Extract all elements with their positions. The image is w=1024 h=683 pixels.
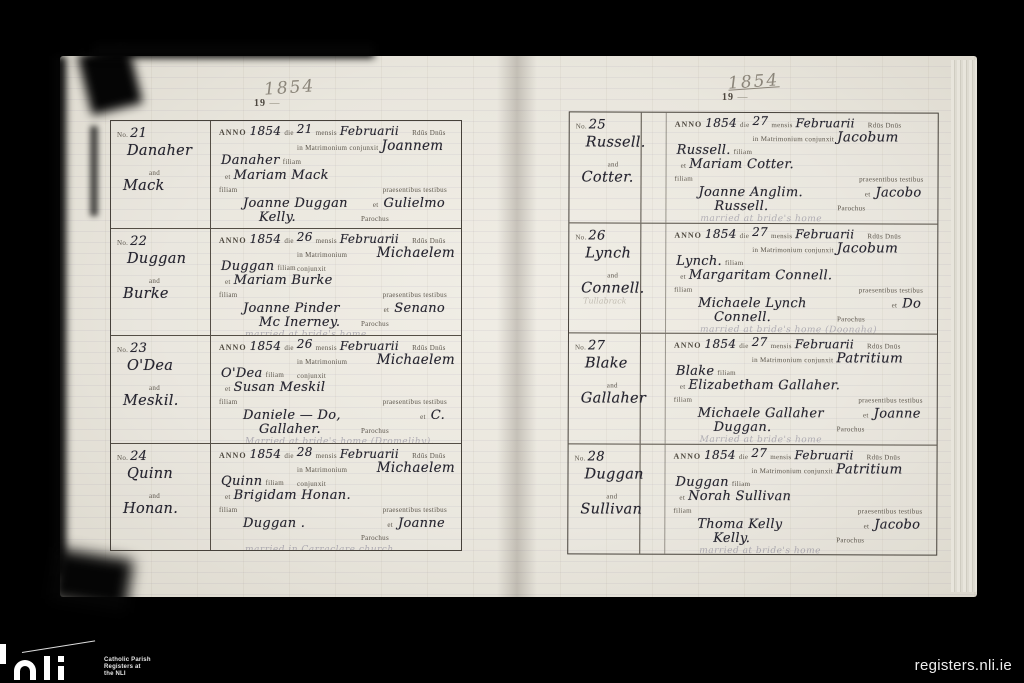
- bride-surname-margin: Meskil.: [111, 393, 210, 409]
- filiam-label: filiam: [674, 282, 693, 296]
- bride-surname-margin: Gallaher: [569, 390, 640, 406]
- bride-name: Mariam Burke: [234, 274, 333, 288]
- margin-note: [111, 159, 210, 168]
- groom-surname: Duggan: [675, 475, 728, 489]
- register-entry: No. 23 O'Dea and Meskil. Anno 1854 die: [111, 336, 461, 444]
- bride-surname-margin: Mack: [111, 178, 210, 194]
- bride-name: Mariam Cotter.: [689, 158, 794, 172]
- no-label: No.: [117, 131, 128, 139]
- et-label: et: [225, 490, 231, 504]
- margin-note: [111, 267, 210, 276]
- bride-surname-margin: Burke: [111, 286, 210, 302]
- witness-line-1: Michaele Lynch: [698, 296, 807, 310]
- and-label: and: [568, 492, 639, 500]
- and-label: and: [570, 160, 641, 168]
- and-label: and: [111, 277, 210, 285]
- register-entry: No. 21 Danaher and Mack Anno 1854 die: [111, 121, 461, 229]
- groom-first-name: Jacobum: [837, 130, 898, 144]
- parochus-label: Parochus: [837, 201, 865, 215]
- testibus-label: praesentibus testibus: [383, 395, 455, 409]
- groom-surname-margin: O'Dea: [111, 358, 210, 374]
- scan-artifact: [90, 126, 98, 216]
- month-handwritten: Februarii: [795, 337, 854, 351]
- blank-column: [640, 444, 665, 554]
- et-label: et: [679, 490, 685, 504]
- groom-surname: Russell.: [677, 144, 731, 158]
- year-handwritten: 1854: [705, 226, 737, 240]
- testibus-label: praesentibus testibus: [859, 172, 931, 186]
- month-handwritten: Februarii: [795, 227, 854, 241]
- day-handwritten: 27: [752, 335, 768, 349]
- witness-2: Gulielmo: [384, 197, 445, 211]
- et-label: et: [863, 408, 869, 422]
- et-label: et: [892, 298, 898, 312]
- et-label: et: [865, 187, 871, 201]
- bride-name: Brigidam Honan.: [234, 489, 351, 503]
- witness-line-2: Duggan.: [714, 421, 772, 435]
- day-handwritten: 27: [752, 224, 768, 238]
- and-label: and: [569, 271, 640, 279]
- parochus-label: Parochus: [361, 317, 389, 331]
- register-spread: 1854 19 — 1854 19 — No. 21 Danaher and M…: [60, 56, 977, 597]
- entry-record-column: Anno 1854 die 28 mensis Februarii Rdūs D…: [211, 444, 461, 551]
- register-entry: No. 28 Duggan and Sullivan Anno 1854 die: [568, 444, 936, 555]
- entry-record-column: Anno 1854 die 26 mensis Februarii Rdūs D…: [211, 229, 461, 336]
- groom-surname: Lynch.: [676, 254, 722, 268]
- register-entry: No. 25 Russell. and Cotter. Anno 1854 di…: [569, 112, 937, 224]
- bride-surname-margin: Honan.: [111, 501, 210, 517]
- witness-2: Senano: [394, 302, 445, 316]
- month-handwritten: Februarii: [340, 124, 399, 138]
- register-entry: No. 27 Blake and Gallaher Anno 1854 die: [569, 333, 937, 445]
- entry-record-column: Anno 1854 die 27 mensis Februarii Rdūs D…: [665, 444, 936, 554]
- testibus-label: praesentibus testibus: [383, 503, 455, 517]
- entry-number: 26: [588, 228, 605, 243]
- witness-2: Joanne: [398, 517, 445, 531]
- groom-surname-margin: Duggan: [111, 251, 210, 267]
- conjunxit-label: in Matrimonium conjunxit: [297, 141, 378, 155]
- register-table-left: No. 21 Danaher and Mack Anno 1854 die: [110, 120, 462, 551]
- no-label: No.: [576, 122, 587, 130]
- margin-note: [111, 194, 210, 203]
- et-label: et: [681, 159, 687, 173]
- parochus-label: Parochus: [837, 312, 865, 326]
- filiam-label: filiam: [219, 395, 238, 409]
- entry-name-column: No. 22 Duggan and Burke: [111, 229, 211, 336]
- nli-caption-line: Registers at: [104, 664, 151, 671]
- groom-surname-margin: Russell.: [570, 134, 641, 150]
- blank-column: [641, 334, 666, 444]
- scan-artifact: [48, 548, 133, 612]
- filiam-label: filiam: [219, 503, 238, 517]
- filiam-label: filiam: [675, 172, 694, 186]
- witness-line-1: Joanne Pinder: [243, 302, 340, 316]
- margin-note: [568, 482, 639, 491]
- year-handwritten: 1854: [250, 339, 282, 353]
- parochus-label: Parochus: [837, 422, 865, 436]
- entry-name-column: No. 21 Danaher and Mack: [111, 121, 211, 228]
- margin-note: [569, 371, 640, 380]
- day-handwritten: 28: [297, 445, 313, 459]
- entry-name-column: No. 24 Quinn and Honan.: [111, 444, 211, 551]
- groom-first-name: Michaelem: [377, 461, 455, 475]
- witness-2: Do: [902, 297, 921, 311]
- parochus-label: Parochus: [361, 531, 389, 545]
- filiam-label: filiam: [674, 393, 693, 407]
- handwritten-year-right: 1854: [727, 70, 780, 94]
- margin-note: Tullabrack: [569, 296, 640, 305]
- margin-note: [568, 517, 639, 526]
- groom-surname-margin: Lynch: [569, 245, 640, 261]
- groom-surname: Danaher: [221, 154, 280, 168]
- margin-note: [569, 185, 640, 194]
- groom-first-name: Michaelem: [377, 246, 455, 260]
- witness-line-2: Russell.: [714, 200, 768, 214]
- testibus-label: praesentibus testibus: [383, 288, 455, 302]
- anno-label: Anno: [219, 126, 247, 140]
- and-label: and: [111, 384, 210, 392]
- year-handwritten: 1854: [705, 337, 737, 351]
- groom-first-name: Jacobum: [837, 241, 898, 255]
- nli-logo-icon: [14, 656, 80, 680]
- month-handwritten: Februarii: [796, 116, 855, 130]
- bride-name: Mariam Mack: [234, 169, 329, 183]
- nli-caption-line: the NLI: [104, 671, 151, 678]
- et-label: et: [680, 380, 686, 394]
- month-handwritten: Februarii: [340, 447, 399, 461]
- witness-line-2: Kelly.: [713, 531, 750, 545]
- margin-note: [569, 406, 640, 415]
- margin-note: [569, 261, 640, 270]
- site-url: registers.nli.ie: [915, 657, 1012, 674]
- et-label: et: [373, 198, 379, 212]
- nli-caption: Catholic Parish Registers at the NLI: [104, 657, 151, 678]
- margin-note: [111, 409, 210, 418]
- witness-line-1: Thoma Kelly: [697, 517, 782, 531]
- nli-logo-letter-n: [14, 660, 36, 680]
- entry-number: 25: [589, 117, 606, 132]
- groom-first-name: Joannem: [381, 139, 443, 153]
- witness-2: Joanne: [874, 407, 921, 421]
- et-label: et: [225, 275, 231, 289]
- bride-name: Susan Meskil: [234, 381, 326, 395]
- day-handwritten: 27: [752, 114, 768, 128]
- scan-edge-mark: [0, 644, 6, 664]
- day-handwritten: 26: [297, 337, 313, 351]
- entry-name-column: No. 25 Russell. and Cotter.: [569, 112, 641, 222]
- entry-number: 27: [588, 338, 605, 353]
- groom-first-name: Patritium: [836, 351, 903, 365]
- marriage-place-note: married in Carraclare church: [219, 545, 455, 551]
- filiam-label: filiam: [219, 183, 238, 197]
- page-edge-stack: [951, 60, 977, 592]
- bride-surname-margin: Sullivan: [568, 501, 639, 517]
- register-entry: No. 24 Quinn and Honan. Anno 1854 die: [111, 444, 461, 551]
- entry-record-column: Anno 1854 die 21 mensis Februarii Rdūs D…: [211, 121, 461, 228]
- book-gutter-shadow: [497, 56, 537, 597]
- bride-name: Margaritam Connell.: [689, 268, 833, 283]
- handwritten-year-left: 1854: [263, 76, 316, 100]
- entry-number: 22: [130, 234, 147, 249]
- et-label: et: [680, 269, 686, 283]
- mensis-label: mensis: [316, 126, 337, 140]
- parochus-label: Parochus: [361, 212, 389, 226]
- witness-line-1: Duggan .: [243, 517, 305, 531]
- et-label: et: [387, 518, 393, 532]
- entry-record-column: Anno 1854 die 27 mensis Februarii Rdūs D…: [666, 113, 937, 223]
- blank-column: [641, 113, 666, 223]
- groom-surname-margin: Duggan: [568, 466, 639, 482]
- and-label: and: [111, 169, 210, 177]
- witness-line-1: Joanne Duggan: [243, 197, 348, 211]
- margin-note: [111, 482, 210, 491]
- groom-surname: Quinn: [221, 475, 262, 489]
- entry-record-column: Anno 1854 die 26 mensis Februarii Rdūs D…: [211, 336, 461, 443]
- day-handwritten: 21: [297, 122, 313, 136]
- nli-logo-letter-l: [44, 656, 50, 680]
- testibus-label: praesentibus testibus: [858, 393, 930, 407]
- witness-line-2: Gallaher.: [259, 423, 321, 437]
- entry-number: 24: [130, 449, 147, 464]
- entry-name-column: No. 27 Blake and Gallaher: [569, 333, 641, 443]
- parochus-label: Parochus: [836, 533, 864, 547]
- and-label: and: [111, 492, 210, 500]
- filiam-label: filiam: [673, 503, 692, 517]
- entry-number: 23: [130, 341, 147, 356]
- groom-surname-margin: Quinn: [111, 466, 210, 482]
- groom-first-name: Patritium: [836, 462, 903, 476]
- page-number-left: 19 —: [254, 98, 281, 109]
- filiam-label: filiam: [219, 288, 238, 302]
- witness-line-2: Kelly.: [259, 211, 296, 225]
- scan-artifact-line: [22, 640, 95, 653]
- register-entry: No. 22 Duggan and Burke Anno 1854 die: [111, 229, 461, 337]
- day-handwritten: 26: [297, 230, 313, 244]
- witness-2: C.: [431, 409, 445, 423]
- year-handwritten: 1854: [250, 232, 282, 246]
- page-number-right: 19 —: [722, 92, 749, 103]
- entry-number: 21: [130, 126, 147, 141]
- no-label: No.: [117, 239, 128, 247]
- groom-surname: Blake: [676, 365, 715, 379]
- scan-artifact: [94, 44, 374, 58]
- et-label: et: [864, 519, 870, 533]
- entry-name-column: No. 26 Lynch and Connell. Tullabrack: [569, 223, 641, 333]
- year-handwritten: 1854: [705, 116, 737, 130]
- entry-name-column: No. 28 Duggan and Sullivan: [568, 444, 640, 554]
- witness-2: Jacobo: [875, 186, 921, 200]
- die-label: die: [284, 126, 293, 140]
- marriage-place-note: married at bride's home: [673, 545, 930, 554]
- testibus-label: praesentibus testibus: [859, 283, 931, 297]
- witness-2: Jacobo: [874, 518, 920, 532]
- nli-logo-letter-i: [58, 666, 64, 680]
- month-handwritten: Februarii: [794, 448, 853, 462]
- no-label: No.: [117, 346, 128, 354]
- groom-surname-margin: Danaher: [111, 143, 210, 159]
- nli-logo-letter-i-dot: [58, 656, 64, 662]
- et-label: et: [225, 382, 231, 396]
- margin-note: [111, 374, 210, 383]
- et-label: et: [225, 170, 231, 184]
- et-label: et: [384, 303, 390, 317]
- no-label: No.: [117, 454, 128, 462]
- day-handwritten: 27: [751, 445, 767, 459]
- scan-artifact: [54, 56, 66, 576]
- scan-viewer: 1854 19 — 1854 19 — No. 21 Danaher and M…: [0, 0, 1024, 683]
- register-entry: No. 26 Lynch and Connell. Tullabrack Ann…: [569, 223, 937, 335]
- groom-surname-margin: Blake: [569, 355, 640, 371]
- bride-surname-margin: Cotter.: [570, 169, 641, 185]
- bride-surname-margin: Connell.: [569, 280, 640, 296]
- month-handwritten: Februarii: [340, 339, 399, 353]
- groom-surname: Duggan: [221, 260, 274, 274]
- groom-first-name: Michaelem: [377, 353, 455, 367]
- witness-line-1: Daniele — Do,: [243, 409, 341, 423]
- and-label: and: [569, 381, 640, 389]
- margin-note: [111, 302, 210, 311]
- margin-note: [570, 150, 641, 159]
- year-handwritten: 1854: [704, 447, 736, 461]
- nli-caption-line: Catholic Parish: [104, 657, 151, 664]
- entry-number: 28: [588, 449, 605, 464]
- et-label: et: [420, 410, 426, 424]
- no-label: No.: [575, 343, 586, 351]
- parochus-label: Parochus: [361, 424, 389, 438]
- entry-record-column: Anno 1854 die 27 mensis Februarii Rdūs D…: [666, 223, 937, 333]
- month-handwritten: Februarii: [340, 232, 399, 246]
- entry-record-column: Anno 1854 die 27 mensis Februarii Rdūs D…: [666, 334, 937, 444]
- no-label: No.: [575, 454, 586, 462]
- entry-name-column: No. 23 O'Dea and Meskil.: [111, 336, 211, 443]
- register-table-right: No. 25 Russell. and Cotter. Anno 1854 di…: [567, 111, 939, 555]
- year-handwritten: 1854: [250, 124, 282, 138]
- bride-name: Elizabetham Gallaher.: [688, 379, 840, 394]
- testibus-label: praesentibus testibus: [858, 504, 930, 518]
- no-label: No.: [575, 233, 586, 241]
- blank-column: [641, 223, 666, 333]
- testibus-label: praesentibus testibus: [383, 183, 455, 197]
- bride-name: Norah Sullivan: [688, 489, 791, 503]
- witness-line-2: Connell.: [714, 310, 771, 324]
- witness-line-2: Mc Inerney.: [259, 316, 340, 330]
- margin-note: [111, 517, 210, 526]
- groom-surname: O'Dea: [221, 367, 263, 381]
- year-handwritten: 1854: [250, 447, 282, 461]
